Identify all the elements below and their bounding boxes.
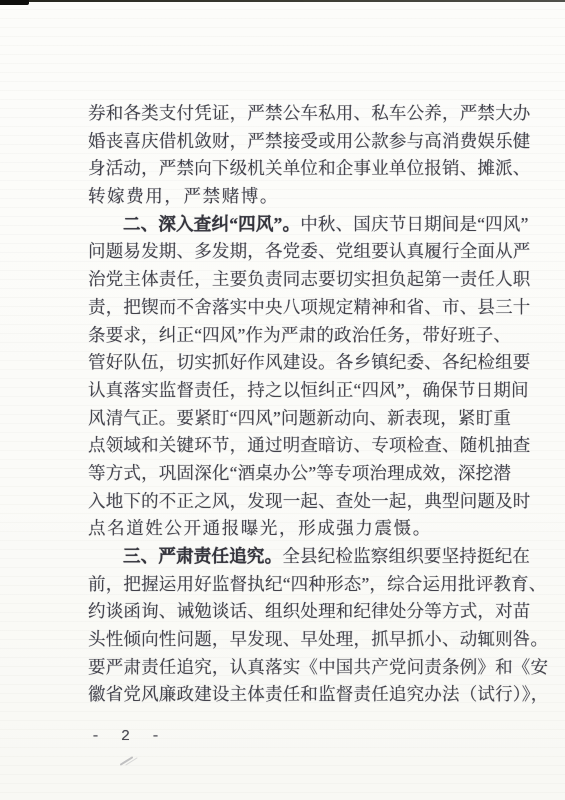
body-text: 婚丧喜庆借机敛财，严禁接受或用公款参与高消费娱乐健 — [88, 131, 531, 151]
text-line: 三、严肃责任追究。全县纪检监察组织要坚持挺纪在 — [88, 543, 510, 571]
text-line: 管好队伍，切实抓好作风建设。各乡镇纪委、各纪检组要 — [88, 349, 510, 377]
section-heading-text: 三、严肃责任追究。 — [123, 546, 282, 566]
body-text: 身活动，严禁向下级机关单位和企事业单位报销、摊派、 — [88, 158, 531, 178]
body-text: 管好队伍，切实抓好作风建设。各乡镇纪委、各纪检组要 — [88, 352, 531, 372]
body-text: 转嫁费用，严禁赌博。 — [88, 186, 279, 206]
body-text: 要严肃责任追究，认真落实《中国共产党问责条例》和《安 — [88, 657, 548, 677]
text-line: 认真落实监督责任，持之以恒纠正“四风”，确保节日期间 — [88, 377, 510, 405]
page-number: - 2 - — [91, 728, 166, 745]
body-text: 问题易发期、多发期，各党委、党组要认真履行全面从严 — [88, 241, 531, 261]
body-text: 入地下的不正之风，发现一起、查处一起，典型问题及时 — [88, 491, 531, 511]
body-text: 中秋、国庆节日期间是“四风” — [300, 214, 528, 234]
body-text: 责，把锲而不舍落实中央八项规定精神和省、市、县三十 — [88, 297, 531, 317]
body-text: 条要求，纠正“四风”作为严肃的政治任务，带好班子、 — [88, 325, 511, 345]
text-line: 入地下的不正之风，发现一起、查处一起，典型问题及时 — [88, 488, 510, 516]
body-text: 治党主体责任，主要负责同志要切实担负起第一责任人职 — [88, 269, 531, 289]
body-text: 徽省党风廉政建设主体责任和监督责任追究办法（试行）》， — [88, 684, 548, 704]
text-line: 责，把锲而不舍落实中央八项规定精神和省、市、县三十 — [88, 294, 510, 322]
text-line: 徽省党风廉政建设主体责任和监督责任追究办法（试行）》， — [88, 681, 510, 709]
body-text: 头性倾向性问题，早发现、早处理，抓早抓小、动辄则咎。 — [88, 629, 548, 649]
body-text: 券和各类支付凭证，严禁公车私用、私车公养，严禁大办 — [88, 103, 531, 123]
text-line: 问题易发期、多发期，各党委、党组要认真履行全面从严 — [88, 238, 510, 266]
scanned-document-page: 券和各类支付凭证，严禁公车私用、私车公养，严禁大办婚丧喜庆借机敛财，严禁接受或用… — [0, 0, 565, 800]
text-line: 条要求，纠正“四风”作为严肃的政治任务，带好班子、 — [88, 322, 510, 350]
body-text: 前，把握运用好监督执纪“四种形态”，综合运用批评教育、 — [88, 574, 546, 594]
text-line: 风清气正。要紧盯“四风”问题新动向、新表现，紧盯重 — [88, 405, 510, 433]
text-line: 头性倾向性问题，早发现、早处理，抓早抓小、动辄则咎。 — [88, 626, 510, 654]
text-line: 约谈函询、诫勉谈话、组织处理和纪律处分等方式，对苗 — [88, 598, 510, 626]
text-line: 治党主体责任，主要负责同志要切实担负起第一责任人职 — [88, 266, 510, 294]
text-line: 券和各类支付凭证，严禁公车私用、私车公养，严禁大办 — [88, 100, 510, 128]
text-line: 要严肃责任追究，认真落实《中国共产党问责条例》和《安 — [88, 654, 510, 682]
document-body: 券和各类支付凭证，严禁公车私用、私车公养，严禁大办婚丧喜庆借机敛财，严禁接受或用… — [88, 100, 510, 709]
scan-top-edge-artifact — [0, 0, 565, 2]
body-text: 等方式，巩固深化“酒桌办公”等专项治理成效，深挖潜 — [88, 463, 511, 483]
text-line: 转嫁费用，严禁赌博。 — [88, 183, 510, 211]
text-line: 点名道姓公开通报曝光，形成强力震慑。 — [88, 515, 510, 543]
text-line: 前，把握运用好监督执纪“四种形态”，综合运用批评教育、 — [88, 571, 510, 599]
text-line: 二、深入查纠“四风”。中秋、国庆节日期间是“四风” — [88, 211, 510, 239]
body-text: 全县纪检监察组织要坚持挺纪在 — [282, 546, 530, 566]
scan-smudge-artifact — [120, 756, 134, 766]
text-line: 点领域和关键环节，通过明查暗访、专项检查、随机抽查 — [88, 432, 510, 460]
body-text: 约谈函询、诫勉谈话、组织处理和纪律处分等方式，对苗 — [88, 601, 531, 621]
text-line: 等方式，巩固深化“酒桌办公”等专项治理成效，深挖潜 — [88, 460, 510, 488]
section-heading-text: 二、深入查纠“四风”。 — [123, 214, 300, 234]
text-line: 婚丧喜庆借机敛财，严禁接受或用公款参与高消费娱乐健 — [88, 128, 510, 156]
body-text: 认真落实监督责任，持之以恒纠正“四风”，确保节日期间 — [88, 380, 529, 400]
scan-corner-mark — [0, 0, 29, 5]
text-line: 身活动，严禁向下级机关单位和企事业单位报销、摊派、 — [88, 155, 510, 183]
body-text: 点名道姓公开通报曝光，形成强力震慑。 — [88, 518, 432, 538]
body-text: 点领域和关键环节，通过明查暗访、专项检查、随机抽查 — [88, 435, 531, 455]
body-text: 风清气正。要紧盯“四风”问题新动向、新表现，紧盯重 — [88, 408, 511, 428]
